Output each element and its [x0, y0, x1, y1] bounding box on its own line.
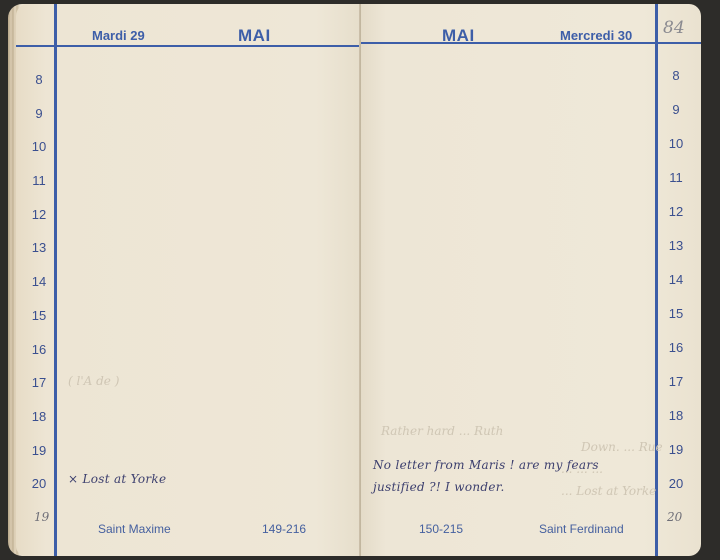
right-bleedthrough-line-2: Down. ... Rue — [581, 440, 663, 454]
right-hour-19: 19 — [661, 442, 691, 457]
left-hour-20: 20 — [24, 476, 54, 491]
right-hour-15: 15 — [661, 306, 691, 321]
right-hour-column-rule — [655, 4, 658, 556]
right-pencil-date-note: 20 — [667, 510, 682, 524]
right-header-rule — [361, 42, 701, 44]
left-day-label: Mardi 29 — [92, 28, 145, 43]
left-hour-9: 9 — [24, 106, 54, 121]
left-hour-16: 16 — [24, 342, 54, 357]
right-day-count: 150-215 — [419, 522, 463, 536]
right-page: MAI Mercredi 30 84 8 9 10 11 12 13 14 15… — [361, 4, 701, 556]
left-hour-11: 11 — [24, 173, 54, 188]
left-day-count: 149-216 — [262, 522, 306, 536]
diary-spread: Mardi 29 MAI 8 9 10 11 12 13 14 15 16 17… — [0, 0, 720, 560]
left-hour-14: 14 — [24, 274, 54, 289]
left-handwritten-entry: × Lost at Yorke — [68, 472, 166, 486]
right-hour-9: 9 — [661, 102, 691, 117]
right-month-label: MAI — [442, 26, 475, 46]
right-hour-20: 20 — [661, 476, 691, 491]
left-hour-13: 13 — [24, 240, 54, 255]
right-bleedthrough-line-4: ... Lost at Yorke — [561, 484, 656, 498]
right-hour-16: 16 — [661, 340, 691, 355]
right-hour-8: 8 — [661, 68, 691, 83]
handwritten-page-number: 84 — [663, 18, 685, 38]
left-hour-10: 10 — [24, 139, 54, 154]
left-hour-15: 15 — [24, 308, 54, 323]
right-handwritten-entry-line-1: No letter from Maris ! are my fears — [373, 458, 599, 472]
right-bleedthrough-line-1: Rather hard ... Ruth — [381, 424, 503, 438]
left-saint-name: Saint Maxime — [98, 522, 171, 536]
right-hour-17: 17 — [661, 374, 691, 389]
left-page: Mardi 29 MAI 8 9 10 11 12 13 14 15 16 17… — [16, 4, 361, 556]
right-saint-name: Saint Ferdinand — [539, 522, 624, 536]
left-header-rule — [16, 45, 361, 47]
left-pencil-date-note: 19 — [34, 510, 49, 524]
right-hour-18: 18 — [661, 408, 691, 423]
right-hour-14: 14 — [661, 272, 691, 287]
right-hour-11: 11 — [661, 170, 691, 185]
right-hour-12: 12 — [661, 204, 691, 219]
left-bleedthrough-text: ( l'A de ) — [68, 374, 119, 388]
left-hour-12: 12 — [24, 207, 54, 222]
left-hour-19: 19 — [24, 443, 54, 458]
right-day-label: Mercredi 30 — [560, 28, 632, 43]
left-hour-18: 18 — [24, 409, 54, 424]
right-hour-13: 13 — [661, 238, 691, 253]
right-hour-10: 10 — [661, 136, 691, 151]
left-hour-column-rule — [54, 4, 57, 556]
left-month-label: MAI — [238, 26, 271, 46]
left-hour-8: 8 — [24, 72, 54, 87]
left-hour-17: 17 — [24, 375, 54, 390]
right-handwritten-entry-line-2: justified ?! I wonder. — [373, 480, 505, 494]
